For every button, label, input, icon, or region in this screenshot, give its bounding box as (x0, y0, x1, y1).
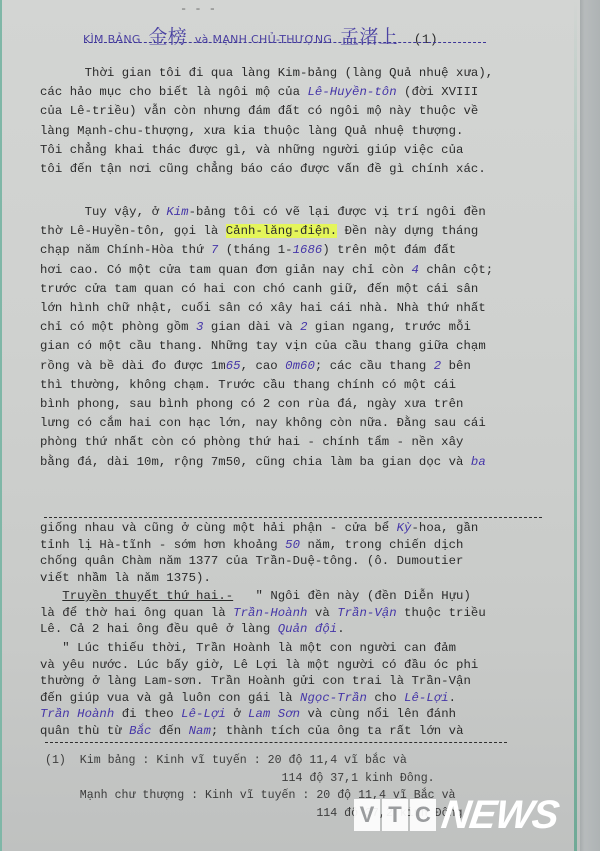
p2-text: lưng có cắm hai con hạc lớn, nay không c… (40, 416, 486, 430)
p5-text: đi theo (114, 707, 181, 721)
p2-text: lớn hình chữ nhật, cuối sân có xây hai c… (40, 301, 486, 315)
p3-text: viết nhầm là năm 1375). (40, 571, 211, 585)
p5-ink: Nam (189, 724, 211, 738)
p2-text: phòng thứ nhất còn có phòng thứ hai - ch… (40, 435, 463, 449)
p5-text: đến (151, 724, 188, 738)
p4-text: Lê. Cả 2 hai ông đều quê ở làng (40, 622, 278, 636)
p3-text: giống nhau và cũng ở cùng một hải phận -… (40, 521, 397, 535)
p2-text: bên (441, 359, 471, 373)
p2-text: Đền này dựng tháng (337, 224, 478, 238)
p4-ink: Trần-Hoành (233, 606, 307, 620)
typewritten-page: - - - KÌM BẢNG 金榜 và MẠNH CHỦ-THƯỢNG 孟渚上… (0, 0, 580, 851)
p1-line: của Lê-triều) vẫn còn nhưng đám đất có n… (40, 104, 478, 118)
p2-ink: 2 (300, 320, 307, 334)
title-kim-bang: KÌM BẢNG (83, 33, 141, 46)
footnote-line: (1) Kim bảng : Kinh vĩ tuyến : 20 độ 11,… (45, 754, 407, 767)
p1-line: (đời XVIII (397, 85, 479, 99)
p5-text: ; thành tích của ông ta rất lớn và (211, 724, 464, 738)
p2-text: gian dài và (203, 320, 300, 334)
p4-text: là để thờ hai ông quan là (40, 606, 233, 620)
p3-text: chống quân Chàm năm 1377 của Trần-Duệ-tô… (40, 554, 463, 568)
p5-text: " Lúc thiếu thời, Trần Hoành là một con … (40, 641, 456, 655)
p5-text: cho (367, 691, 404, 705)
p2-ink: ba (471, 455, 486, 469)
p5-ink: Trần Hoành (40, 707, 114, 721)
p2-ink: 65 (226, 359, 241, 373)
title-han-manh-chu-thuong: 孟渚上 (340, 26, 398, 48)
p4-text: . (337, 622, 344, 636)
watermark-letter: C (410, 799, 436, 831)
p2-text: , cao (241, 359, 286, 373)
footnote-line: 114 độ 37,1 kinh Đông. (45, 772, 435, 785)
title-connector: và (195, 33, 209, 46)
p3-text: năm, trong chiến dịch (300, 538, 463, 552)
p2-ink: 1686 (293, 243, 323, 257)
title-underline (84, 42, 486, 43)
section-divider (44, 517, 542, 518)
p5-text: và cùng nổi lên đánh (300, 707, 456, 721)
paragraph-5: " Lúc thiếu thời, Trần Hoành là một con … (40, 640, 575, 739)
p2-text: chạp năm Chính-Hòa thứ (40, 243, 211, 257)
p4-text: thuộc triều (397, 606, 486, 620)
p5-ink: Lê-Lợi (404, 691, 449, 705)
p4-text: và (307, 606, 337, 620)
watermark-letter: T (382, 799, 408, 831)
page-title: KÌM BẢNG 金榜 và MẠNH CHỦ-THƯỢNG 孟渚上 (1) (83, 22, 438, 49)
p5-text: . (449, 691, 456, 705)
p2-text: hơi cao. Có một cửa tam quan đơn giản na… (40, 263, 411, 277)
p5-ink: Bắc (129, 724, 151, 738)
p2-text: thì thường, không chạm. Trước cầu thang … (40, 378, 456, 392)
p5-text: quân thù từ (40, 724, 129, 738)
p2-text: -bảng tôi có vẽ lại được vị trí ngôi đền (189, 205, 486, 219)
p2-text: Tuy vậy, ở (40, 205, 166, 219)
p1-line: tôi đến tận nơi cũng chẳng báo cáo được … (40, 162, 486, 176)
p2-text: thờ Lê-Huyền-tôn, gọi là (40, 224, 226, 238)
p2-text: (tháng 1- (218, 243, 292, 257)
paragraph-2: Tuy vậy, ở Kim-bảng tôi có vẽ lại được v… (40, 203, 575, 472)
highlighted-text: Cảnh-lăng-điện. (226, 224, 337, 238)
p2-text: trước cửa tam quan có hai con chó canh g… (40, 282, 478, 296)
p5-ink: Ngọc-Trần (300, 691, 367, 705)
background-surface (578, 0, 600, 851)
p4-ink: Quản đội (278, 622, 337, 636)
p4-ink: Trần-Vận (337, 606, 396, 620)
p2-text: ; các cầu thang (315, 359, 434, 373)
p5-text: thường ở làng Lam-sơn. Trần Hoành gửi co… (40, 674, 471, 688)
p1-line: làng Mạnh-chu-thượng, xưa kia thuộc làng… (40, 124, 463, 138)
p5-text: ở (226, 707, 248, 721)
vtc-news-watermark: V T C NEWS (354, 798, 558, 832)
p3-ink: Kỳ (397, 521, 412, 535)
p1-line: Tôi chẳng khai thác được gì, và những ng… (40, 143, 463, 157)
p3-ink: 50 (285, 538, 300, 552)
title-han-kim-bang: 金榜 (148, 26, 187, 48)
paragraph-4: Truyền thuyết thứ hai.- " Ngôi đền này (… (40, 588, 575, 638)
p2-ink: 4 (411, 263, 418, 277)
p2-text: ) trên một đám đất (322, 243, 456, 257)
footnote-divider (45, 742, 507, 743)
p1-ink-annotation: Lê-Huyền-tôn (307, 85, 396, 99)
p2-text: bình phong, sau bình phong có 2 con rùa … (40, 397, 463, 411)
p1-line: các hảo mục cho biết là ngôi mộ của (40, 85, 307, 99)
p2-text: bằng đá, dài 10m, rộng 7m50, cũng chia l… (40, 455, 471, 469)
p2-ink: Kim (166, 205, 188, 219)
p2-text: gian ngang, trước mỗi (308, 320, 471, 334)
p5-text: và yêu nước. Lúc bấy giờ, Lê Lợi là một … (40, 658, 478, 672)
p2-ink: 0m60 (285, 359, 315, 373)
paragraph-3: giống nhau và cũng ở cùng một hải phận -… (40, 520, 575, 586)
p3-text: -hoa, gần (411, 521, 478, 535)
top-mark: - - - (180, 2, 216, 16)
p2-text: gian có một cầu thang. Những tay vịn của… (40, 339, 486, 353)
p2-text: rồng và bề dài đo được 1m (40, 359, 226, 373)
p2-text: chân cột; (419, 263, 493, 277)
section-heading: Truyền thuyết thứ hai.- (62, 589, 233, 603)
p2-text: chỉ có một phòng gồm (40, 320, 196, 334)
watermark-news: NEWS (440, 799, 560, 831)
p5-ink: Lam Sơn (248, 707, 300, 721)
p1-line: Thời gian tôi đi qua làng Kim-bảng (làng… (40, 66, 493, 80)
p3-text: tỉnh lị Hà-tĩnh - sớm hơn khoảng (40, 538, 285, 552)
p5-ink: Lê-Lợi (181, 707, 226, 721)
title-manh-chu-thuong: MẠNH CHỦ-THƯỢNG (213, 33, 333, 46)
watermark-letter: V (354, 799, 380, 831)
paragraph-1: Thời gian tôi đi qua làng Kim-bảng (làng… (40, 64, 575, 179)
p5-text: đến giúp vua và gả luôn con gái là (40, 691, 300, 705)
title-footnote-ref: (1) (414, 32, 438, 47)
p4-text: " Ngôi đền này (đền Diễn Hựu) (233, 589, 471, 603)
